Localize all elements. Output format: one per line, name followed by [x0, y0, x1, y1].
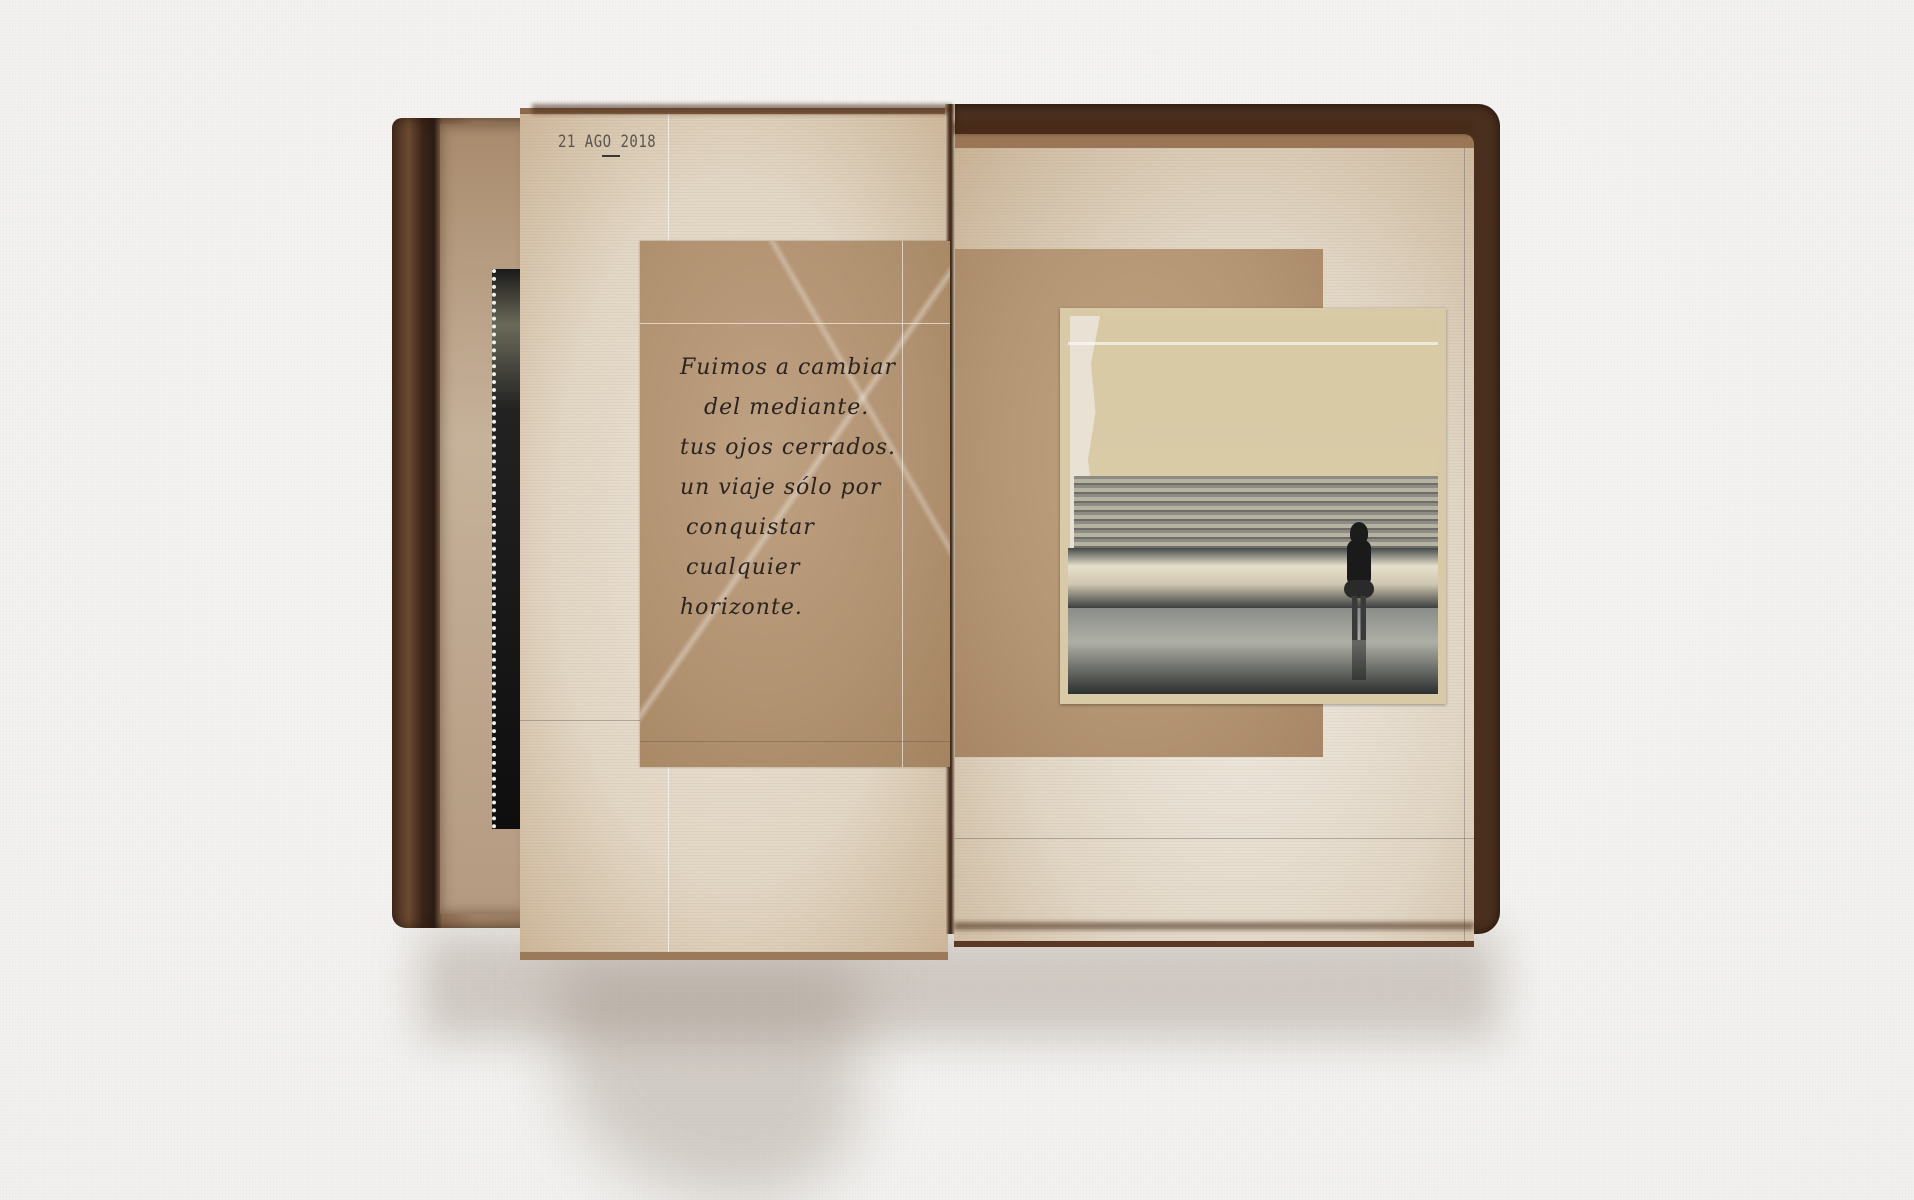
photo-sky [1090, 316, 1438, 476]
pencil-rule [954, 838, 1474, 839]
person-silhouette [1342, 522, 1376, 642]
burnt-edge [954, 922, 1474, 930]
stamp-underline [602, 155, 620, 157]
poem-line: horizonte. [680, 588, 920, 628]
poem-line: conquistar [680, 508, 920, 548]
photo-wave [1068, 548, 1438, 608]
poem-line: del mediante. [680, 388, 920, 428]
pencil-rule [1464, 148, 1465, 941]
poem-line: un viaje sólo por [680, 468, 920, 508]
poem-line: cualquier [680, 548, 920, 588]
beach-photograph [1060, 308, 1446, 704]
burnt-edge [952, 122, 1472, 134]
poem-line: Fuimos a cambiar [680, 348, 920, 388]
journal: 21 AGO 2018 Fuimos a cambiar del mediant… [392, 104, 1500, 946]
date-stamp: 21 AGO 2018 [558, 132, 656, 151]
burnt-edge [532, 104, 952, 114]
poem-line: tus ojos cerrados. [680, 428, 920, 468]
handwritten-poem: Fuimos a cambiar del mediante. tus ojos … [680, 348, 920, 628]
scratch-line [640, 323, 950, 324]
photo-sand [1068, 608, 1438, 694]
photo-tape-line [1068, 342, 1438, 345]
pencil-rule [640, 741, 950, 742]
